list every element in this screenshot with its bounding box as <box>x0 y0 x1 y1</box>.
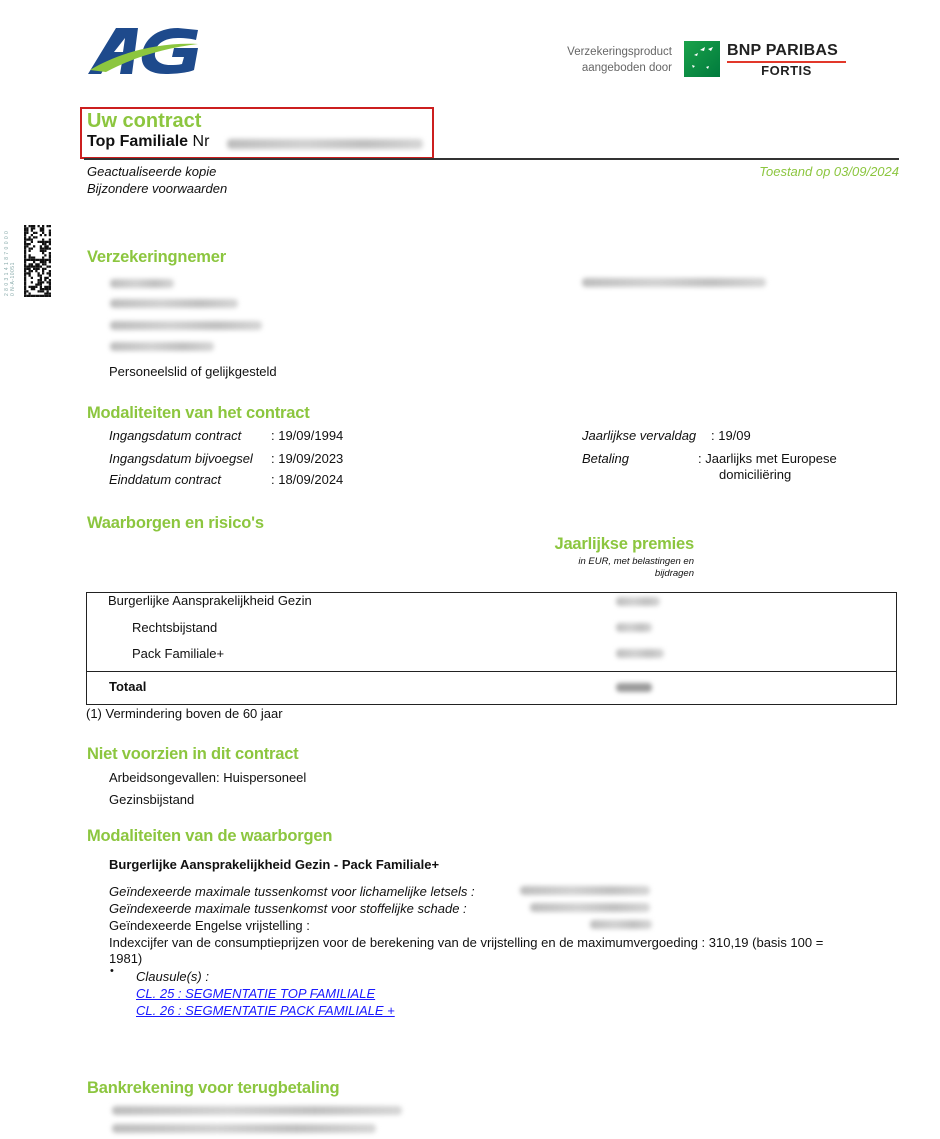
premium-heading: Jaarlijkse premies <box>500 535 694 554</box>
guarantee-line: Geïndexeerde maximale tussenkomst voor l… <box>109 884 475 899</box>
redacted-bank-line <box>112 1124 376 1133</box>
copy-type: Geactualiseerde kopie <box>87 164 216 179</box>
annual-due-value: : 19/09 <box>711 428 751 443</box>
payment-label: Betaling <box>582 451 629 466</box>
redacted-guarantee-value <box>590 920 652 929</box>
start-date-label: Ingangsdatum contract <box>109 428 241 443</box>
policyholder-heading: Verzekeringnemer <box>87 248 226 267</box>
redacted-policyholder-line <box>110 321 262 330</box>
payment-value: : Jaarlijks met Europese <box>698 451 837 466</box>
redacted-premium <box>616 649 664 658</box>
nr-label: Nr <box>193 133 210 150</box>
ag-logo-icon <box>86 24 202 76</box>
status-date: Toestand op 03/09/2024 <box>759 164 899 179</box>
guarantee-subheading: Burgerlijke Aansprakelijkheid Gezin - Pa… <box>109 857 439 872</box>
not-covered-item: Gezinsbijstand <box>109 792 194 807</box>
total-row <box>86 671 897 705</box>
clause-link-26[interactable]: CL. 26 : SEGMENTATIE PACK FAMILIALE + <box>136 1003 395 1018</box>
partner-name: BNP PARIBAS <box>727 42 838 60</box>
barcode-text: 2 8 0 3 1 4 1 8 7 0 0 0 0 0 N-A-10051 <box>4 228 18 296</box>
redacted-policyholder-line <box>110 342 214 351</box>
clauses-label: Clausule(s) : <box>136 969 209 984</box>
bullet-icon: • <box>110 965 114 977</box>
redacted-total <box>616 683 652 692</box>
contract-number-line: Top Familiale Nr <box>87 133 209 151</box>
clause-link-25[interactable]: CL. 25 : SEGMENTATIE TOP FAMILIALE <box>136 986 375 1001</box>
guarantee-line: Geïndexeerde maximale tussenkomst voor s… <box>109 901 467 916</box>
premium-note: in EUR, met belastingen en bijdragen <box>500 556 694 580</box>
redacted-policyholder-line <box>110 299 238 308</box>
redacted-premium <box>616 597 660 606</box>
document-type: Bijzondere voorwaarden <box>87 181 227 196</box>
endorsement-date-value: : 19/09/2023 <box>271 451 343 466</box>
not-covered-heading: Niet voorzien in dit contract <box>87 745 298 764</box>
total-label: Totaal <box>109 679 146 694</box>
redacted-contract-number <box>227 139 423 149</box>
redacted-guarantee-value <box>520 886 650 895</box>
not-covered-item: Arbeidsongevallen: Huispersoneel <box>109 770 306 785</box>
guarantee-terms-heading: Modaliteiten van de waarborgen <box>87 827 332 846</box>
start-date-value: : 19/09/1994 <box>271 428 343 443</box>
premium-note-line2: bijdragen <box>500 568 694 580</box>
coverage-footnote: (1) Vermindering boven de 60 jaar <box>86 706 283 721</box>
ag-logo <box>86 24 202 76</box>
redacted-premium <box>616 623 652 632</box>
guarantee-line: Geïndexeerde Engelse vrijstelling : <box>109 918 310 933</box>
provider-caption-line1: Verzekeringsproduct <box>540 44 672 60</box>
product-name: Top Familiale <box>87 133 188 150</box>
endorsement-date-label: Ingangsdatum bijvoegsel <box>109 451 253 466</box>
policyholder-category: Personeelslid of gelijkgesteld <box>109 364 277 379</box>
premium-note-line1: in EUR, met belastingen en <box>500 556 694 568</box>
coverage-row-label: Pack Familiale+ <box>132 646 224 661</box>
redacted-bank-line <box>112 1106 402 1115</box>
annual-due-label: Jaarlijkse vervaldag <box>582 428 696 443</box>
provider-caption: Verzekeringsproduct aangeboden door <box>540 44 672 76</box>
datamatrix-barcode <box>24 225 51 297</box>
partner-sub: FORTIS <box>727 63 846 78</box>
redacted-guarantee-value <box>530 903 650 912</box>
end-date-label: Einddatum contract <box>109 472 221 487</box>
page-title: Uw contract <box>87 110 201 133</box>
payment-value-line2: domiciliëring <box>719 467 791 482</box>
bnp-birds-icon <box>684 41 720 77</box>
bank-account-heading: Bankrekening voor terugbetaling <box>87 1079 339 1098</box>
index-line: Indexcijfer van de consumptieprijzen voo… <box>109 935 823 950</box>
contract-terms-heading: Modaliteiten van het contract <box>87 404 310 423</box>
coverage-row-label: Rechtsbijstand <box>132 620 217 635</box>
coverage-row-label: Burgerlijke Aansprakelijkheid Gezin <box>108 593 312 608</box>
redacted-client-number <box>582 278 766 287</box>
redacted-policyholder-line <box>110 279 174 288</box>
header-divider <box>84 158 899 160</box>
end-date-value: : 18/09/2024 <box>271 472 343 487</box>
provider-caption-line2: aangeboden door <box>540 60 672 76</box>
coverages-heading: Waarborgen en risico's <box>87 514 264 533</box>
index-line-cont: 1981) <box>109 951 142 966</box>
